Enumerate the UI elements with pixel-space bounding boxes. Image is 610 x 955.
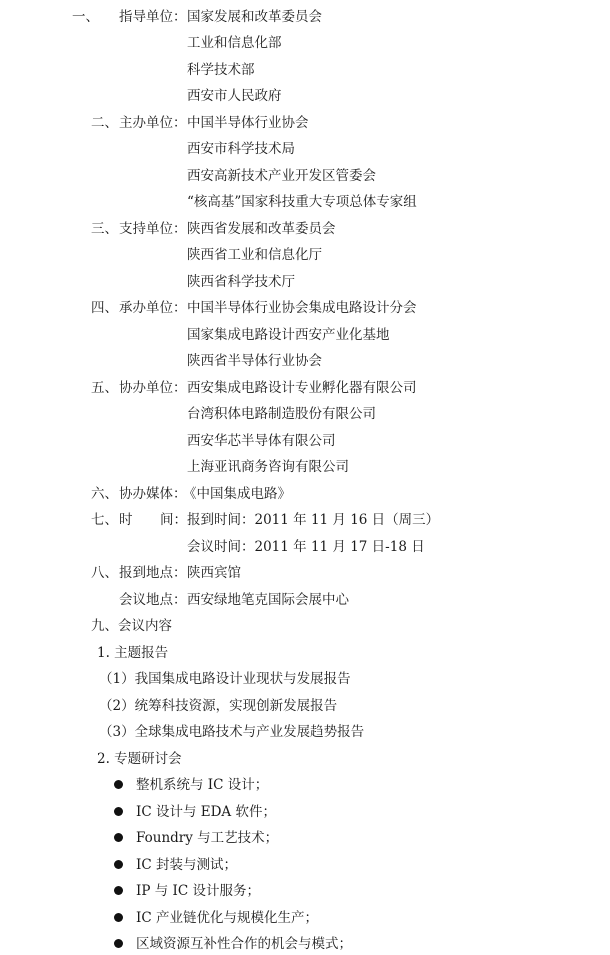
section-5-number: 五、 xyxy=(91,379,118,397)
bullet-icon xyxy=(114,939,123,948)
part-2-title: 2. 专题研讨会 xyxy=(97,750,182,768)
bullet-icon xyxy=(114,886,123,895)
section-2-label: 主办单位： xyxy=(119,114,187,132)
section-1-item: 西安市人民政府 xyxy=(187,87,282,105)
report-item: （3）全球集成电路技术与产业发展趋势报告 xyxy=(99,723,364,741)
section-1-item: 国家发展和改革委员会 xyxy=(187,8,322,26)
section-5-item: 西安华芯半导体有限公司 xyxy=(187,432,336,450)
report-item: （2）统筹科技资源，实现创新发展报告 xyxy=(99,697,337,715)
section-8-item: 陕西宾馆 xyxy=(187,564,241,582)
seminar-topic: Foundry 与工艺技术； xyxy=(136,829,278,847)
report-item: （1）我国集成电路设计业现状与发展报告 xyxy=(99,670,351,688)
seminar-topic: IP 与 IC 设计服务； xyxy=(136,882,260,900)
section-5-item: 上海亚讯商务咨询有限公司 xyxy=(187,458,349,476)
section-1-item: 科学技术部 xyxy=(187,61,255,79)
section-4-label: 承办单位： xyxy=(119,299,187,317)
section-6-item: 《中国集成电路》 xyxy=(183,485,291,503)
section-8-label: 报到地点： xyxy=(119,564,187,582)
section-7-label-a: 时 xyxy=(119,511,133,529)
section-1-item: 工业和信息化部 xyxy=(187,34,282,52)
section-4-number: 四、 xyxy=(91,299,118,317)
section-3-item: 陕西省发展和改革委员会 xyxy=(187,220,336,238)
section-2-item: 西安高新技术产业开发区管委会 xyxy=(187,167,376,185)
section-9-title: 九、会议内容 xyxy=(91,617,172,635)
section-5-item: 台湾积体电路制造股份有限公司 xyxy=(187,405,376,423)
section-4-item: 陕西省半导体行业协会 xyxy=(187,352,322,370)
section-3-label: 支持单位： xyxy=(119,220,187,238)
bullet-icon xyxy=(114,780,123,789)
bullet-icon xyxy=(114,807,123,816)
section-2-item: 中国半导体行业协会 xyxy=(187,114,309,132)
bullet-icon xyxy=(114,833,123,842)
section-8-sub-label: 会议地点： xyxy=(119,591,187,609)
seminar-topic: 区域资源互补性合作的机会与模式； xyxy=(136,935,352,953)
section-3-item: 陕西省工业和信息化厅 xyxy=(187,246,322,264)
section-4-item: 中国半导体行业协会集成电路设计分会 xyxy=(187,299,417,317)
section-5-label: 协办单位： xyxy=(119,379,187,397)
section-2-item: 西安市科学技术局 xyxy=(187,140,295,158)
section-8-sub-value: 西安绿地笔克国际会展中心 xyxy=(187,591,349,609)
section-1-number: 一、 xyxy=(72,8,99,26)
part-1-title: 1. 主题报告 xyxy=(97,644,168,662)
section-3-item: 陕西省科学技术厅 xyxy=(187,273,295,291)
section-8-number: 八、 xyxy=(91,564,118,582)
bullet-icon xyxy=(114,913,123,922)
section-7-number: 七、 xyxy=(91,511,118,529)
section-1-label: 指导单位： xyxy=(119,8,187,26)
seminar-topic: IC 产业链优化与规模化生产； xyxy=(136,909,318,927)
section-7-item: 报到时间：2011 年 11 月 16 日（周三） xyxy=(187,511,439,529)
section-7-item: 会议时间：2011 年 11 月 17 日-18 日 xyxy=(187,538,425,556)
seminar-topic: IC 封装与测试； xyxy=(136,856,237,874)
section-2-number: 二、 xyxy=(91,114,118,132)
section-7-label-b: 间： xyxy=(160,511,187,529)
section-4-item: 国家集成电路设计西安产业化基地 xyxy=(187,326,390,344)
section-6-label: 协办媒体： xyxy=(119,485,187,503)
seminar-topic: IC 设计与 EDA 软件； xyxy=(136,803,276,821)
seminar-topic: 整机系统与 IC 设计； xyxy=(136,776,268,794)
bullet-icon xyxy=(114,860,123,869)
section-3-number: 三、 xyxy=(91,220,118,238)
section-2-item: “核高基”国家科技重大专项总体专家组 xyxy=(187,193,417,211)
section-5-item: 西安集成电路设计专业孵化器有限公司 xyxy=(187,379,417,397)
section-6-number: 六、 xyxy=(91,485,118,503)
